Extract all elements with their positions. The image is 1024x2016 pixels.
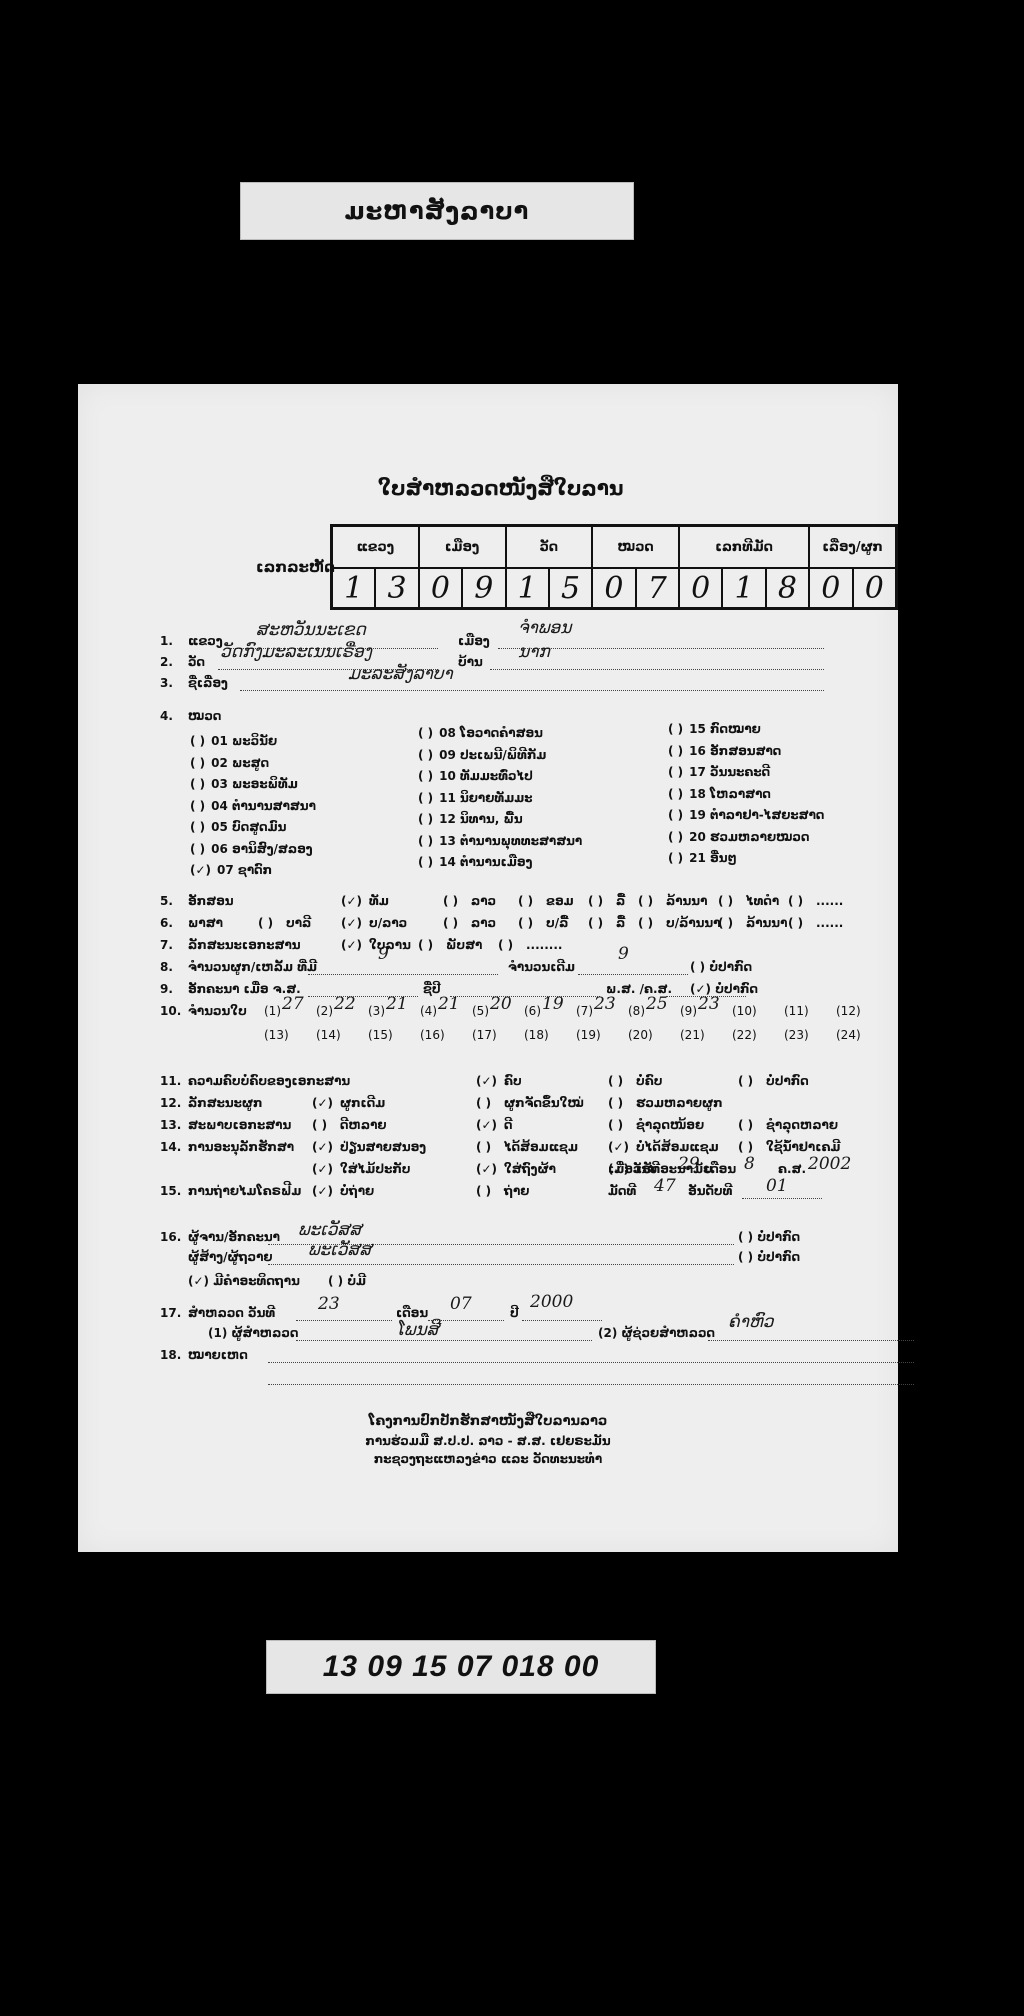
field-province-value: ສະຫວັນນະເຂດ	[256, 620, 366, 640]
f6-option[interactable]: ( )	[638, 916, 653, 930]
field-category-label: ໝວດ	[188, 709, 221, 723]
code-digit: 9	[462, 568, 505, 609]
f6-option[interactable]: ( )	[258, 916, 273, 930]
f7-option[interactable]: (✓)	[341, 938, 362, 952]
field-11-number: 11.	[160, 1074, 181, 1088]
f6-option-label: ......	[816, 916, 843, 930]
code-header: ແຂວງ	[332, 526, 419, 569]
leaf-count-index: (7)	[576, 1004, 593, 1018]
leaf-count-value: 21	[438, 994, 460, 1014]
surveyor-value: ໂພນສີ	[396, 1320, 439, 1340]
no-dedication-option[interactable]: ( ) ບໍ່ມີ	[328, 1274, 366, 1288]
f15-option[interactable]: (✓)	[312, 1184, 333, 1198]
code-digit: 5	[549, 568, 592, 609]
survey-day: 23	[318, 1294, 340, 1314]
field-title-label: ຊື່ເລື່ອງ	[188, 676, 228, 690]
f12-option-label: ຜູກເດີມ	[340, 1096, 385, 1110]
f14-option-label: ໃສ່ຖົງຜ້າ	[504, 1162, 556, 1176]
f13-option-label: ດີ	[504, 1118, 512, 1132]
field-district-label: ເມືອງ	[458, 634, 490, 648]
f11-option[interactable]: (✓)	[476, 1074, 497, 1088]
category-label: 04 ຕຳນານສາສນາ	[211, 799, 316, 813]
title-label-strip: ມະຫາສັງລາບາ	[240, 182, 634, 240]
f14-option[interactable]: (✓)	[312, 1162, 333, 1176]
field-donor-not-shown-option[interactable]: ( ) ບໍ່ປາກົດ	[738, 1250, 800, 1264]
field-18-number: 18.	[160, 1348, 181, 1362]
f5-option-label: ລ້ານນາ	[666, 894, 707, 908]
category-option[interactable]: ( )08 ໂອວາດຄຳສອນ	[418, 726, 543, 740]
f5-option[interactable]: ( )	[788, 894, 803, 908]
field-completeness-label: ຄວາມຄົບບໍ່ຄົບຂອງເອກະສານ	[188, 1074, 350, 1088]
field-8-number: 8.	[160, 960, 173, 974]
f6-option-label: ລາວ	[471, 916, 496, 930]
code-digit: 0	[853, 568, 897, 609]
f5-option[interactable]: (✓)	[341, 894, 362, 908]
f14-option-label: ໃສ່ໄມ້ປະກັບ	[340, 1162, 411, 1176]
form-title: ໃບສຳຫລວດໜັງສືໃບລານ	[378, 476, 624, 500]
code-header: ວັດ	[506, 526, 593, 569]
checkbox-mark: ( )	[668, 765, 683, 779]
leaf-count-value: 21	[386, 994, 408, 1014]
f11-option[interactable]: ( )	[738, 1074, 753, 1088]
field-language-label: ພາສາ	[188, 916, 223, 930]
field-temple-label: ວັດ	[188, 655, 205, 669]
checkbox-mark: ( )	[418, 769, 433, 783]
code-header: ເລກທີມັດ	[679, 526, 809, 569]
f14-option[interactable]: (✓)	[312, 1140, 333, 1154]
leaf-count-index: (4)	[420, 1004, 437, 1018]
conservation-year: 2002	[808, 1154, 851, 1174]
category-option[interactable]: ( )02 ພະສູດ	[190, 756, 269, 770]
field-script-label: ອັກສອນ	[188, 894, 234, 908]
category-label: 19 ຕຳລາຢາ-ໄສຍະສາດ	[689, 808, 824, 822]
f5-option-label: ......	[816, 894, 843, 908]
field-province-label: ແຂວງ	[188, 634, 223, 648]
survey-month-label: ເດືອນ	[396, 1306, 428, 1320]
category-label: 07 ຊາດົກ	[217, 863, 272, 877]
footer-line-3: ກະຊວງຖະແຫລງຂ່າວ ແລະ ວັດທະນະທຳ	[78, 1452, 898, 1466]
field-7-number: 7.	[160, 938, 173, 952]
field-fascicle-type-label: ລັກສະນະຜູກ	[188, 1096, 262, 1110]
category-label: 09 ປະເພນີ/ພິທີກັມ	[439, 748, 546, 762]
leaf-count-index: (15)	[368, 1028, 393, 1042]
field-remarks-label: ໝາຍເຫດ	[188, 1348, 248, 1362]
leaf-count-value: 22	[334, 994, 356, 1014]
f6-option[interactable]: ( )	[718, 916, 733, 930]
f14-option-label: ເຮັດອະນາມັຍ	[636, 1162, 712, 1176]
conservation-year-label: ຄ.ສ.	[778, 1162, 806, 1176]
code-header: ເມືອງ	[419, 526, 506, 569]
f6-option-label: ບ/ລາວ	[369, 916, 407, 930]
f12-option[interactable]: ( )	[608, 1096, 623, 1110]
code-header: ໝວດ	[592, 526, 679, 569]
code-digit-row: 1 3 0 9 1 5 0 7 0 1 8 0 0	[332, 568, 897, 609]
checkbox-mark: (✓)	[190, 863, 211, 877]
field-16-number: 16.	[160, 1230, 181, 1244]
f6-option[interactable]: ( )	[588, 916, 603, 930]
code-table: ແຂວງ ເມືອງ ວັດ ໝວດ ເລກທີມັດ ເລື່ອງ/ຜູກ 1…	[330, 524, 898, 610]
leaf-count-value: 25	[646, 994, 668, 1014]
code-digit: 3	[375, 568, 418, 609]
leaf-count-index: (23)	[784, 1028, 809, 1042]
f6-option-label: ບາລີ	[286, 916, 311, 930]
f6-option[interactable]: (✓)	[341, 916, 362, 930]
f5-option[interactable]: ( )	[638, 894, 653, 908]
f14-option-label: ໃຊ້ນ້ຳຢາເຄມີ	[766, 1140, 840, 1154]
f13-option[interactable]: ( )	[738, 1118, 753, 1132]
category-label: 06 ອານິສົງ/ສລອງ	[211, 842, 312, 856]
checkbox-mark: ( )	[418, 726, 433, 740]
manuscript-title: ມະຫາສັງລາບາ	[345, 197, 530, 225]
f7-option[interactable]: ( )	[498, 938, 513, 952]
leaf-count-value: 23	[698, 994, 720, 1014]
f12-option-label: ຮວມຫລາຍຜູກ	[636, 1096, 723, 1110]
field-survey-date-label: ສຳຫລວດ ວັນທີ	[188, 1306, 275, 1320]
code-digit: 0	[419, 568, 462, 609]
code-header: ເລື່ອງ/ຜູກ	[809, 526, 896, 569]
field-14-number: 14.	[160, 1140, 181, 1154]
field-10-number: 10.	[160, 1004, 181, 1018]
f11-option-label: ບໍ່ປາກົດ	[766, 1074, 809, 1088]
category-label: 10 ທັມມະທົ່ວໄປ	[439, 769, 533, 783]
field-temple-value: ວັດກົງມະລະເນນເຣື່ອງ	[220, 642, 372, 662]
field-village-label: ບ້ານ	[458, 655, 483, 669]
field-4-number: 4.	[160, 709, 173, 723]
category-option[interactable]: ( )14 ຕຳນານເມືອງ	[418, 855, 532, 869]
order-number-value: 01	[766, 1176, 788, 1196]
f13-option[interactable]: (✓)	[476, 1118, 497, 1132]
leaf-count-index: (14)	[316, 1028, 341, 1042]
code-digit: 1	[506, 568, 549, 609]
assistant-surveyor-value: ຄຳຫົວ	[728, 1312, 774, 1332]
f5-option[interactable]: ( )	[588, 894, 603, 908]
f5-option-label: ລາວ	[471, 894, 496, 908]
f6-option-label: ລ້ານນາ	[746, 916, 787, 930]
leaf-count-index: (12)	[836, 1004, 861, 1018]
f5-option[interactable]: ( )	[718, 894, 733, 908]
checkbox-mark: ( )	[668, 808, 683, 822]
field-material-label: ລັກສະນະເອກະສານ	[188, 938, 301, 952]
category-label: 16 ອັກສອນສາດ	[689, 744, 781, 758]
checkbox-mark: ( )	[190, 734, 205, 748]
category-label: 15 ກົດໝາຍ	[689, 722, 761, 736]
catalog-number-strip: 13 09 15 07 018 00	[266, 1640, 656, 1694]
f12-option-label: ຜູກຈັດຂຶ້ນໃໝ່	[504, 1096, 584, 1110]
f7-option[interactable]: ( )	[418, 938, 433, 952]
code-digit: 0	[592, 568, 635, 609]
leaf-count-index: (17)	[472, 1028, 497, 1042]
f15-option-label: ຖ່າຍ	[504, 1184, 529, 1198]
f5-option[interactable]: ( )	[443, 894, 458, 908]
leaf-count-value: 27	[282, 994, 304, 1014]
field-9-number: 9.	[160, 982, 173, 996]
field-scribe-label: ຜູ້ຈານ/ອັກຄະນາ	[188, 1230, 280, 1244]
field-original-count-value: 9	[618, 944, 629, 964]
category-label: 17 ວັນນະຄະດີ	[689, 765, 770, 779]
checkbox-mark: ( )	[668, 722, 683, 736]
f7-option-label: ໃບລານ	[369, 938, 411, 952]
leaf-count-index: (18)	[524, 1028, 549, 1042]
f13-option[interactable]: ( )	[312, 1118, 327, 1132]
category-label: 02 ພະສູດ	[211, 756, 269, 770]
field-conservation-label: ການອະນຸລັກຮັກສາ	[188, 1140, 294, 1154]
field-17-number: 17.	[160, 1306, 181, 1320]
code-digit: 0	[679, 568, 722, 609]
category-option[interactable]: ( )06 ອານິສົງ/ສລອງ	[190, 842, 313, 856]
category-option[interactable]: ( )17 ວັນນະຄະດີ	[668, 765, 770, 779]
field-village-value: ນາກ	[518, 642, 550, 662]
leaf-count-index: (21)	[680, 1028, 705, 1042]
survey-year-label: ປີ	[510, 1306, 519, 1320]
field-leaf-count-label: ຈຳນວນໃບ	[188, 1004, 247, 1018]
category-option[interactable]: ( )09 ປະເພນີ/ພິທີກັມ	[418, 748, 546, 762]
category-label: 14 ຕຳນານເມືອງ	[439, 855, 532, 869]
leaf-count-index: (16)	[420, 1028, 445, 1042]
category-option[interactable]: ( )12 ນິທານ, ພື້ນ	[418, 812, 523, 826]
f13-option-label: ຊຳລຸດໜ້ອຍ	[636, 1118, 704, 1132]
f7-option-label: ........	[526, 938, 562, 952]
survey-form-page: ໃບສຳຫລວດໜັງສືໃບລານ ເລກລະຫັດ ແຂວງ ເມືອງ ວ…	[78, 384, 898, 1552]
category-option[interactable]: ( )10 ທັມມະທົ່ວໄປ	[418, 769, 533, 783]
leaf-count-index: (6)	[524, 1004, 541, 1018]
leaf-count-index: (2)	[316, 1004, 333, 1018]
f11-option[interactable]: ( )	[608, 1074, 623, 1088]
survey-month: 07	[450, 1294, 472, 1314]
checkbox-mark: ( )	[418, 834, 433, 848]
field-5-number: 5.	[160, 894, 173, 908]
footer-line-2: ການຮ່ວມມື ສ.ປ.ປ. ລາວ - ສ.ສ. ເຢຍຣະມັນ	[78, 1434, 898, 1448]
checkbox-mark: ( )	[418, 748, 433, 762]
f14-option-label: ບໍ່ໄດ້ສ້ອມແຊມ	[636, 1140, 719, 1154]
leaf-count-value: 23	[594, 994, 616, 1014]
bundle-number-value: 47	[654, 1176, 676, 1196]
category-label: 08 ໂອວາດຄຳສອນ	[439, 726, 543, 740]
leaf-count-index: (24)	[836, 1028, 861, 1042]
f14-option[interactable]: (✓)	[608, 1162, 629, 1176]
checkbox-mark: ( )	[418, 855, 433, 869]
checkbox-mark: ( )	[190, 799, 205, 813]
checkbox-mark: ( )	[190, 820, 205, 834]
field-condition-label: ສະພາບເອກະສານ	[188, 1118, 291, 1132]
f11-option-label: ບໍ່ຄົບ	[636, 1074, 662, 1088]
category-label: 01 ພະວິນັຍ	[211, 734, 277, 748]
f13-option[interactable]: ( )	[608, 1118, 623, 1132]
field-12-number: 12.	[160, 1096, 181, 1110]
leaf-count-index: (19)	[576, 1028, 601, 1042]
leaf-count-index: (13)	[264, 1028, 289, 1042]
leaf-count-index: (9)	[680, 1004, 697, 1018]
field-district-value: ຈຳພອນ	[518, 618, 571, 638]
checkbox-mark: ( )	[418, 812, 433, 826]
leaf-count-value: 19	[542, 994, 564, 1014]
leaf-count-index: (20)	[628, 1028, 653, 1042]
code-digit: 1	[332, 568, 376, 609]
category-option[interactable]: ( )03 ພະອະພິທັມ	[190, 777, 298, 791]
category-label: 11 ນິຍາຍທັມມະ	[439, 791, 532, 805]
f5-option[interactable]: ( )	[518, 894, 533, 908]
code-digit: 0	[809, 568, 852, 609]
surveyor-label: (1) ຜູ້ສຳຫລວດ	[208, 1326, 298, 1340]
bundle-number-label: ມັດທີ	[608, 1184, 636, 1198]
field-microfilm-label: ການຖ່າຍໄມໂຄຣຟີມ	[188, 1184, 301, 1198]
category-option[interactable]: ( )16 ອັກສອນສາດ	[668, 744, 781, 758]
leaf-count-index: (5)	[472, 1004, 489, 1018]
field-original-count-label: ຈຳນວນເດີມ	[508, 960, 575, 974]
category-label: 18 ໂຫລາສາດ	[689, 787, 771, 801]
checkbox-mark: ( )	[668, 830, 683, 844]
category-label: 21 ອື່ນໆ	[689, 851, 736, 865]
field-fascicle-count-label: ຈຳນວນຜູກ/ເຫລັ້ມ ທີ່ມີ	[188, 960, 317, 974]
category-option[interactable]: ( )18 ໂຫລາສາດ	[668, 787, 771, 801]
f14-option[interactable]: (✓)	[476, 1162, 497, 1176]
field-16-not-shown-option[interactable]: ( ) ບໍ່ປາກົດ	[738, 1230, 800, 1244]
field-donor-value: ພະເວັສສ	[308, 1240, 371, 1260]
leaf-count-index: (22)	[732, 1028, 757, 1042]
category-label: 13 ຕຳນານພຸທທະສາສນາ	[439, 834, 582, 848]
field-8-not-shown-option[interactable]: ( ) ບໍ່ປາກົດ	[690, 960, 752, 974]
checkbox-mark: ( )	[418, 791, 433, 805]
leaf-count-index: (10)	[732, 1004, 757, 1018]
checkbox-mark: ( )	[668, 787, 683, 801]
f13-option-label: ດີຫລາຍ	[340, 1118, 387, 1132]
field-2-number: 2.	[160, 655, 173, 669]
category-option[interactable]: ( )05 ບົດສູດມົນ	[190, 820, 286, 834]
f5-option-label: ລື້	[616, 894, 625, 908]
field-donor-label: ຜູ້ສ້າງ/ຜູ້ຖວາຍ	[188, 1250, 273, 1264]
leaf-count-index: (3)	[368, 1004, 385, 1018]
category-option[interactable]: ( )13 ຕຳນານພຸທທະສາສນາ	[418, 834, 582, 848]
f6-option[interactable]: ( )	[788, 916, 803, 930]
f6-option[interactable]: ( )	[443, 916, 458, 930]
category-label: 05 ບົດສູດມົນ	[211, 820, 286, 834]
conservation-month: 8	[744, 1154, 755, 1174]
survey-year: 2000	[530, 1292, 573, 1312]
code-digit: 8	[766, 568, 809, 609]
assistant-surveyor-label: (2) ຜູ້ຊ່ວຍສຳຫລວດ	[598, 1326, 715, 1340]
f6-option[interactable]: ( )	[518, 916, 533, 930]
field-1-number: 1.	[160, 634, 173, 648]
f14-option[interactable]: ( )	[738, 1140, 753, 1154]
has-dedication-option[interactable]: (✓) ມີຄຳອະທິດຖານ	[188, 1274, 300, 1288]
leaf-count-index: (11)	[784, 1004, 809, 1018]
category-label: 03 ພະອະພິທັມ	[211, 777, 298, 791]
leaf-count-index: (8)	[628, 1004, 645, 1018]
code-label: ເລກລະຫັດ	[256, 558, 335, 576]
category-label: 20 ຮວມຫລາຍໝວດ	[689, 830, 809, 844]
order-number-label: ອັນດັບທີ	[688, 1184, 732, 1198]
checkbox-mark: ( )	[190, 842, 205, 856]
footer-line-1: ໂຄງການປົກປັກຮັກສາໜັງສືໃບລານລາວ	[78, 1414, 898, 1429]
code-digit: 1	[722, 568, 765, 609]
f14-option-label: ໄດ້ສ້ອມແຊມ	[504, 1140, 578, 1154]
catalog-number: 13 09 15 07 018 00	[323, 1650, 600, 1684]
f14-option[interactable]: ( )	[476, 1140, 491, 1154]
leaf-count-value: 20	[490, 994, 512, 1014]
checkbox-mark: ( )	[668, 744, 683, 758]
category-option[interactable]: ( )21 ອື່ນໆ	[668, 851, 737, 865]
category-option[interactable]: ( )20 ຮວມຫລາຍໝວດ	[668, 830, 809, 844]
checkbox-mark: ( )	[190, 756, 205, 770]
category-option[interactable]: ( )19 ຕຳລາຢາ-ໄສຍະສາດ	[668, 808, 824, 822]
f11-option-label: ຄົບ	[504, 1074, 522, 1088]
f5-option-label: ທັມ	[369, 894, 389, 908]
checkbox-mark: ( )	[190, 777, 205, 791]
f5-option-label: ໄທດຳ	[746, 894, 779, 908]
f15-option-label: ບໍ່ຖ່າຍ	[340, 1184, 374, 1198]
leaf-count-index: (1)	[264, 1004, 281, 1018]
category-option[interactable]: ( )11 ນິຍາຍທັມມະ	[418, 791, 533, 805]
checkbox-mark: ( )	[668, 851, 683, 865]
code-header-row: ແຂວງ ເມືອງ ວັດ ໝວດ ເລກທີມັດ ເລື່ອງ/ຜູກ	[332, 526, 897, 569]
field-scribe-value: ພະເວັສສ	[298, 1220, 361, 1240]
f6-option-label: ບ/ລ້ານນາ	[666, 916, 721, 930]
field-13-number: 13.	[160, 1118, 181, 1132]
f7-option-label: ພັບສາ	[446, 938, 482, 952]
f13-option-label: ຊຳລຸດຫລາຍ	[766, 1118, 838, 1132]
f5-option-label: ຂອມ	[546, 894, 574, 908]
category-option[interactable]: ( )04 ຕຳນານສາສນາ	[190, 799, 316, 813]
category-option[interactable]: (✓)07 ຊາດົກ	[190, 863, 272, 877]
field-15-number: 15.	[160, 1184, 181, 1198]
f14-option-label: ປ່ຽນສາຍສນອງ	[340, 1140, 426, 1154]
f15-option[interactable]: ( )	[476, 1184, 491, 1198]
category-label: 12 ນິທານ, ພື້ນ	[439, 812, 522, 826]
f12-option[interactable]: (✓)	[312, 1096, 333, 1110]
f6-option-label: ລື້	[616, 916, 625, 930]
field-3-number: 3.	[160, 676, 173, 690]
category-option[interactable]: ( )15 ກົດໝາຍ	[668, 722, 761, 736]
f14-option[interactable]: (✓)	[608, 1140, 629, 1154]
f6-option-label: ບ/ລື້	[546, 916, 568, 930]
field-6-number: 6.	[160, 916, 173, 930]
code-digit: 7	[636, 568, 679, 609]
field-title-value: ມະລະສັງລາບາ	[348, 664, 453, 684]
category-option[interactable]: ( )01 ພະວິນັຍ	[190, 734, 277, 748]
f12-option[interactable]: ( )	[476, 1096, 491, 1110]
